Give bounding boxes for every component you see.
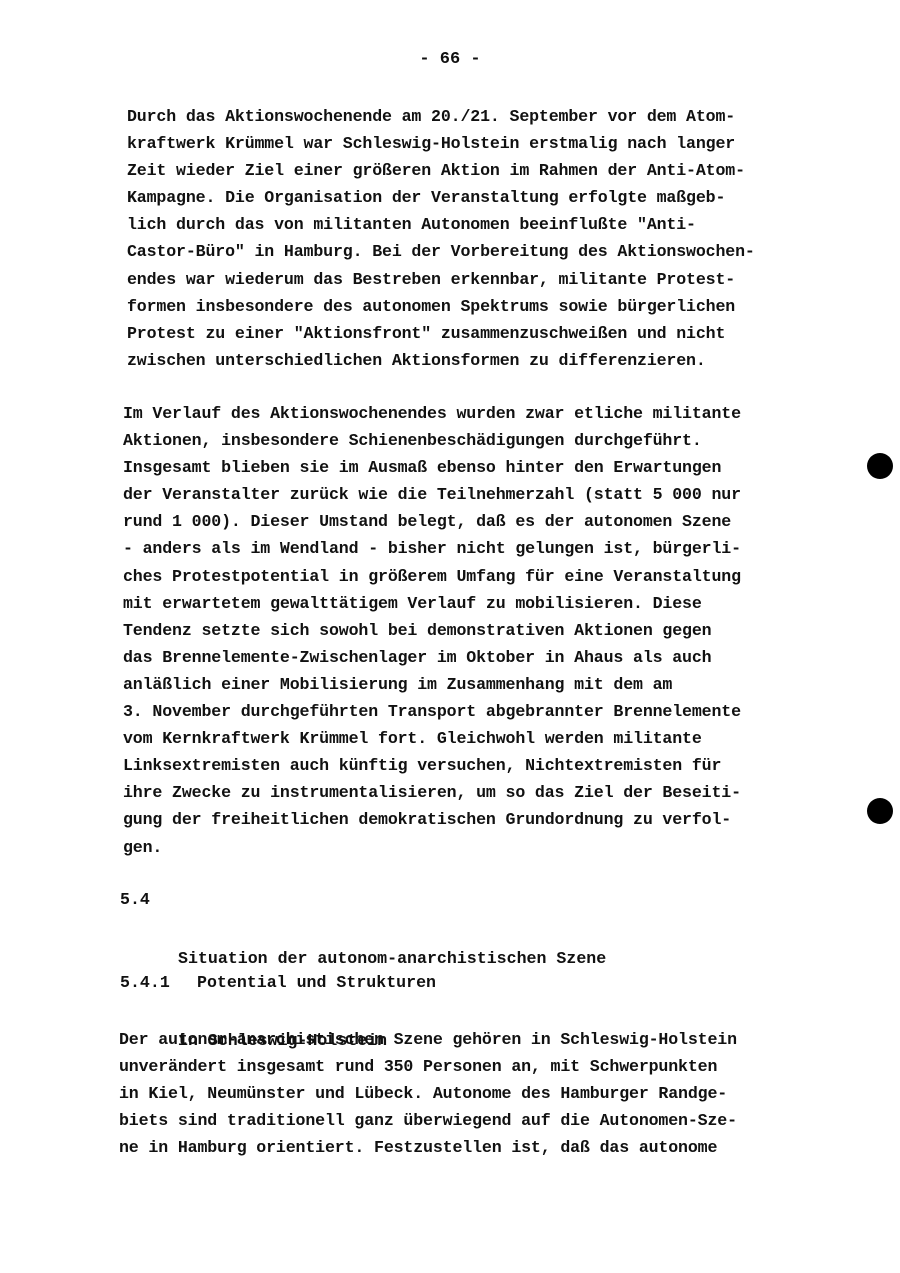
text-line: Protest zu einer "Aktionsfront" zusammen… — [127, 320, 755, 347]
text-line: der Veranstalter zurück wie die Teilnehm… — [123, 481, 741, 508]
section-5-4-1-number: 5.4.1 — [120, 973, 170, 992]
paragraph-2: Im Verlauf des Aktionswochenendes wurden… — [123, 400, 741, 861]
text-line: Der autonom-anarchistischen Szene gehöre… — [119, 1026, 737, 1053]
text-line: ches Protestpotential in größerem Umfang… — [123, 563, 741, 590]
text-line: Aktionen, insbesondere Schienenbeschädig… — [123, 427, 741, 454]
text-line: Castor-Büro" in Hamburg. Bei der Vorbere… — [127, 238, 755, 265]
page-number: - 66 - — [0, 50, 900, 69]
text-line: lich durch das von militanten Autonomen … — [127, 211, 755, 238]
text-line: Tendenz setzte sich sowohl bei demonstra… — [123, 617, 741, 644]
text-line: biets sind traditionell ganz überwiegend… — [119, 1107, 737, 1134]
text-line: gen. — [123, 834, 741, 861]
text-line: endes war wiederum das Bestreben erkennb… — [127, 266, 755, 293]
text-line: formen insbesondere des autonomen Spektr… — [127, 293, 755, 320]
text-line: rund 1 000). Dieser Umstand belegt, daß … — [123, 508, 741, 535]
text-line: zwischen unterschiedlichen Aktionsformen… — [127, 347, 755, 374]
text-line: Im Verlauf des Aktionswochenendes wurden… — [123, 400, 741, 427]
text-line: in Kiel, Neumünster und Lübeck. Autonome… — [119, 1080, 737, 1107]
paragraph-1: Durch das Aktionswochenende am 20./21. S… — [127, 103, 755, 374]
text-line: 3. November durchgeführten Transport abg… — [123, 698, 741, 725]
text-line: unverändert insgesamt rund 350 Personen … — [119, 1053, 737, 1080]
section-title-line: Situation der autonom-anarchistischen Sz… — [178, 945, 606, 972]
text-line: das Brennelemente-Zwischenlager im Oktob… — [123, 644, 741, 671]
paragraph-3: Der autonom-anarchistischen Szene gehöre… — [119, 1026, 737, 1161]
text-line: ne in Hamburg orientiert. Festzustellen … — [119, 1134, 737, 1161]
section-5-4-number: 5.4 — [120, 890, 150, 909]
text-line: Linksextremisten auch künftig versuchen,… — [123, 752, 741, 779]
text-line: kraftwerk Krümmel war Schleswig-Holstein… — [127, 130, 755, 157]
text-line: ihre Zwecke zu instrumentalisieren, um s… — [123, 779, 741, 806]
text-line: Insgesamt blieben sie im Ausmaß ebenso h… — [123, 454, 741, 481]
text-line: vom Kernkraftwerk Krümmel fort. Gleichwo… — [123, 725, 741, 752]
text-line: gung der freiheitlichen demokratischen G… — [123, 806, 741, 833]
text-line: anläßlich einer Mobilisierung im Zusamme… — [123, 671, 741, 698]
text-line: Kampagne. Die Organisation der Veranstal… — [127, 184, 755, 211]
punch-hole-dot-icon — [867, 798, 893, 824]
text-line: Zeit wieder Ziel einer größeren Aktion i… — [127, 157, 755, 184]
text-line: mit erwartetem gewalttätigem Verlauf zu … — [123, 590, 741, 617]
text-line: Durch das Aktionswochenende am 20./21. S… — [127, 103, 755, 130]
text-line: - anders als im Wendland - bisher nicht … — [123, 535, 741, 562]
punch-hole-dot-icon — [867, 453, 893, 479]
section-5-4-1-title: Potential und Strukturen — [197, 973, 436, 992]
